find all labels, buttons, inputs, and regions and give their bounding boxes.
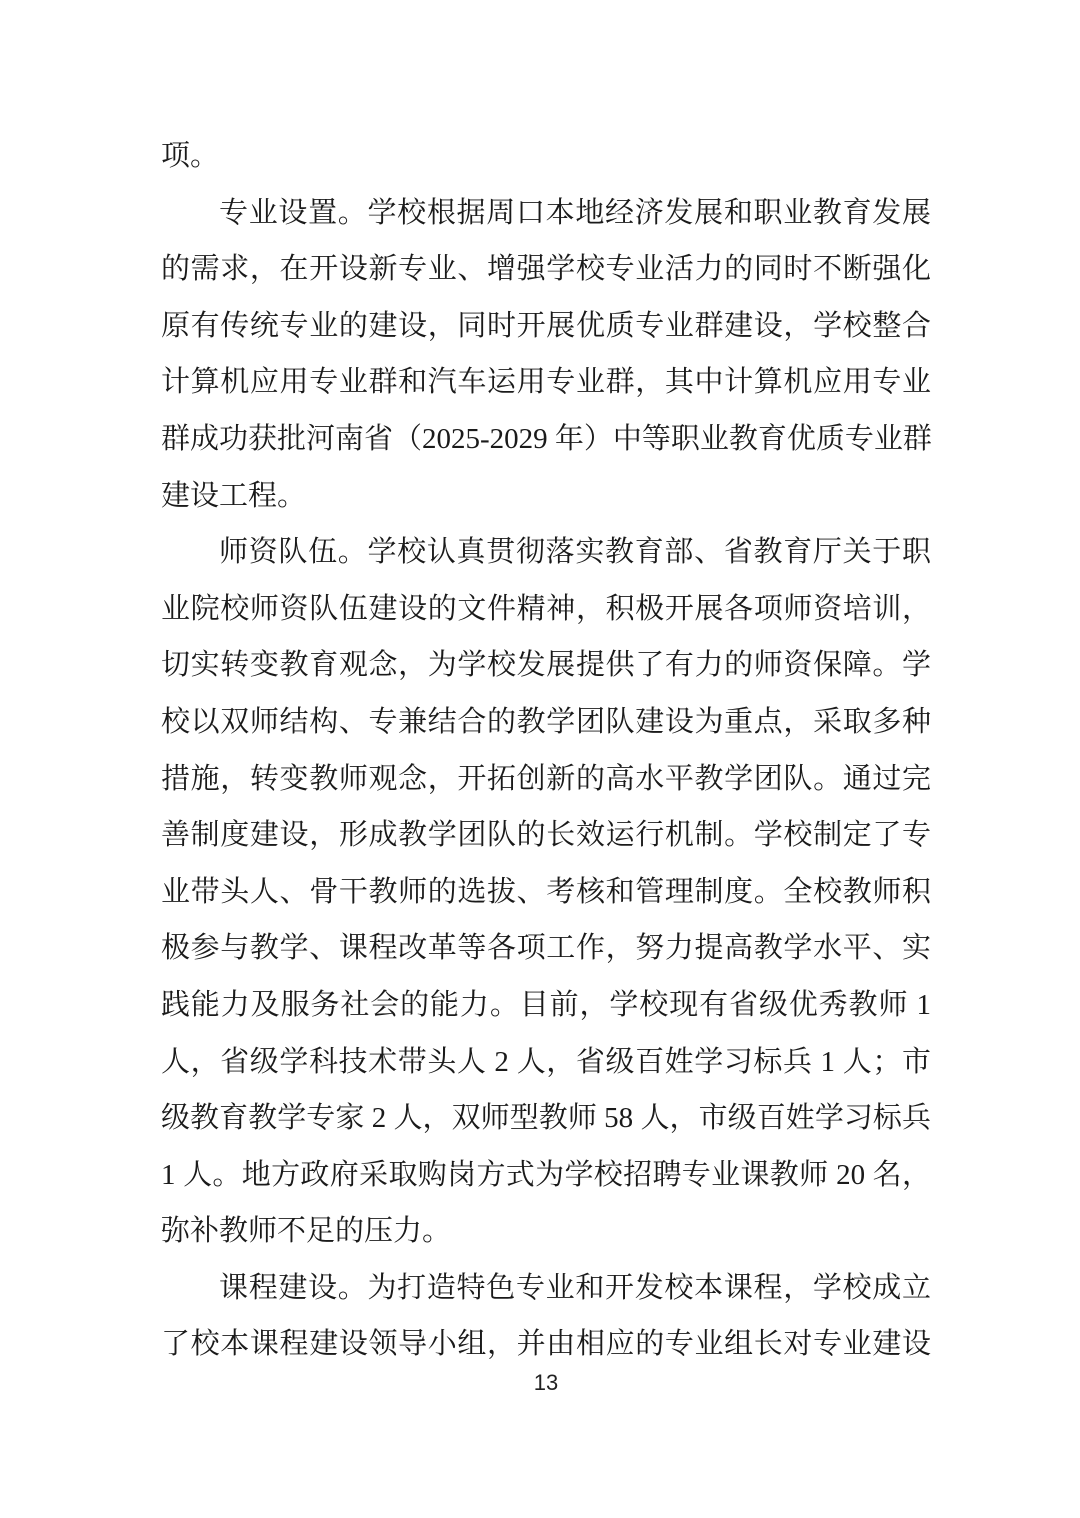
text-line: 业带头人、骨干教师的选拔、考核和管理制度。全校教师积: [161, 864, 931, 921]
text-line: 建设工程。: [161, 468, 931, 525]
text-line: 措施，转变教师观念，开拓创新的高水平教学团队。通过完: [161, 751, 931, 808]
text-line: 1 人。地方政府采取购岗方式为学校招聘专业课教师 20 名，: [161, 1147, 931, 1204]
text-line: 级教育教学专家 2 人，双师型教师 58 人，市级百姓学习标兵: [161, 1090, 931, 1147]
text-line: 业院校师资队伍建设的文件精神，积极开展各项师资培训，: [161, 581, 931, 638]
text-line: 项。: [161, 128, 931, 185]
text-line: 践能力及服务社会的能力。目前，学校现有省级优秀教师 1: [161, 977, 931, 1034]
text-line: 切实转变教育观念，为学校发展提供了有力的师资保障。学: [161, 637, 931, 694]
text-line: 的需求，在开设新专业、增强学校专业活力的同时不断强化: [161, 241, 931, 298]
document-body: 项。 专业设置。学校根据周口本地经济发展和职业教育发展 的需求，在开设新专业、增…: [161, 128, 931, 1373]
text-line: 计算机应用专业群和汽车运用专业群，其中计算机应用专业: [161, 354, 931, 411]
document-page: 项。 专业设置。学校根据周口本地经济发展和职业教育发展 的需求，在开设新专业、增…: [0, 0, 1080, 1518]
paragraph-start-line: 师资队伍。学校认真贯彻落实教育部、省教育厅关于职: [161, 524, 931, 581]
text-line: 原有传统专业的建设，同时开展优质专业群建设，学校整合: [161, 298, 931, 355]
text-line: 人，省级学科技术带头人 2 人，省级百姓学习标兵 1 人；市: [161, 1034, 931, 1091]
text-line: 极参与教学、课程改革等各项工作，努力提高教学水平、实: [161, 920, 931, 977]
text-line: 弥补教师不足的压力。: [161, 1203, 931, 1260]
page-number: 13: [161, 1368, 931, 1398]
paragraph-start-line: 专业设置。学校根据周口本地经济发展和职业教育发展: [161, 185, 931, 242]
text-line: 了校本课程建设领导小组，并由相应的专业组长对专业建设: [161, 1316, 931, 1373]
text-line: 校以双师结构、专兼结合的教学团队建设为重点，采取多种: [161, 694, 931, 751]
text-line: 善制度建设，形成教学团队的长效运行机制。学校制定了专: [161, 807, 931, 864]
paragraph-start-line: 课程建设。为打造特色专业和开发校本课程，学校成立: [161, 1260, 931, 1317]
text-line: 群成功获批河南省（2025-2029 年）中等职业教育优质专业群: [161, 411, 931, 468]
